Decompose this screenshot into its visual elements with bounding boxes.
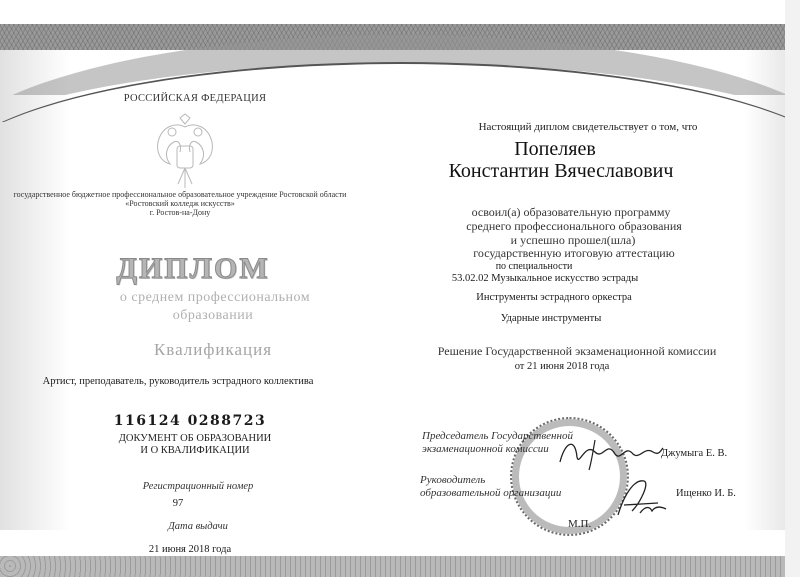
- diploma-title: ДИПЛОМ: [116, 252, 269, 286]
- institution-name: «Ростовский колледж искусств»: [125, 199, 235, 208]
- statement-line: освоил(а) образовательную программу: [472, 205, 671, 220]
- scan-edge: [785, 0, 800, 577]
- document-type-line1: ДОКУМЕНТ ОБ ОБРАЗОВАНИИ: [119, 433, 272, 444]
- signature-head-icon: [610, 475, 670, 520]
- country-name: РОССИЙСКАЯ ФЕДЕРАЦИЯ: [124, 93, 267, 104]
- graduate-surname: Попеляев: [514, 138, 596, 161]
- statement-line: среднего профессионального образования: [466, 219, 682, 234]
- qualification-value: Артист, преподаватель, руководитель эстр…: [43, 376, 314, 387]
- diploma-subtitle-line2: образовании: [173, 308, 253, 324]
- registration-number: 97: [173, 498, 184, 509]
- institution-city: г. Ростов-на-Дону: [150, 208, 210, 217]
- graduate-given-names: Константин Вячеславович: [449, 160, 674, 183]
- certification-intro: Настоящий диплом свидетельствует о том, …: [479, 121, 698, 133]
- head-title-line1: Руководитель: [420, 474, 485, 486]
- left-shade-decoration: [0, 50, 70, 530]
- chair-title-line1: Председатель Государственной: [422, 430, 573, 442]
- institution-type: государственное бюджетное профессиональн…: [14, 190, 347, 199]
- specialty-value: 53.02.02 Музыкальное искусство эстрады: [452, 273, 638, 284]
- seal-label: М.П.: [568, 518, 591, 530]
- head-name: Ищенко И. Б.: [676, 488, 736, 499]
- eagle-emblem-icon: [150, 112, 220, 192]
- commission-decision: Решение Государственной экзаменационной …: [438, 344, 717, 359]
- diploma-page: РОССИЙСКАЯ ФЕДЕРАЦИЯ государственное бюд…: [0, 0, 800, 577]
- profile-name: Ударные инструменты: [501, 313, 602, 324]
- serial-number: 116124 0288723: [114, 413, 267, 429]
- head-title-line2: образовательной организации: [420, 487, 561, 499]
- diploma-subtitle-line1: о среднем профессиональном: [120, 290, 310, 306]
- qualification-label: Квалификация: [154, 340, 272, 360]
- bottom-guilloche-border: [0, 556, 785, 577]
- program-name: Инструменты эстрадного оркестра: [476, 292, 631, 303]
- specialty-label: по специальности: [496, 261, 573, 272]
- chair-name: Джумыга Е. В.: [661, 448, 727, 459]
- issue-date: 21 июня 2018 года: [149, 544, 231, 555]
- chair-title-line2: экзаменационной комиссии: [422, 443, 549, 455]
- right-shade-decoration: [745, 50, 785, 530]
- statement-line: государственную итоговую аттестацию: [473, 246, 674, 261]
- decision-date: от 21 июня 2018 года: [515, 361, 610, 372]
- document-type-line2: И О КВАЛИФИКАЦИИ: [140, 445, 249, 456]
- registration-label: Регистрационный номер: [143, 481, 254, 492]
- issue-date-label: Дата выдачи: [168, 521, 228, 532]
